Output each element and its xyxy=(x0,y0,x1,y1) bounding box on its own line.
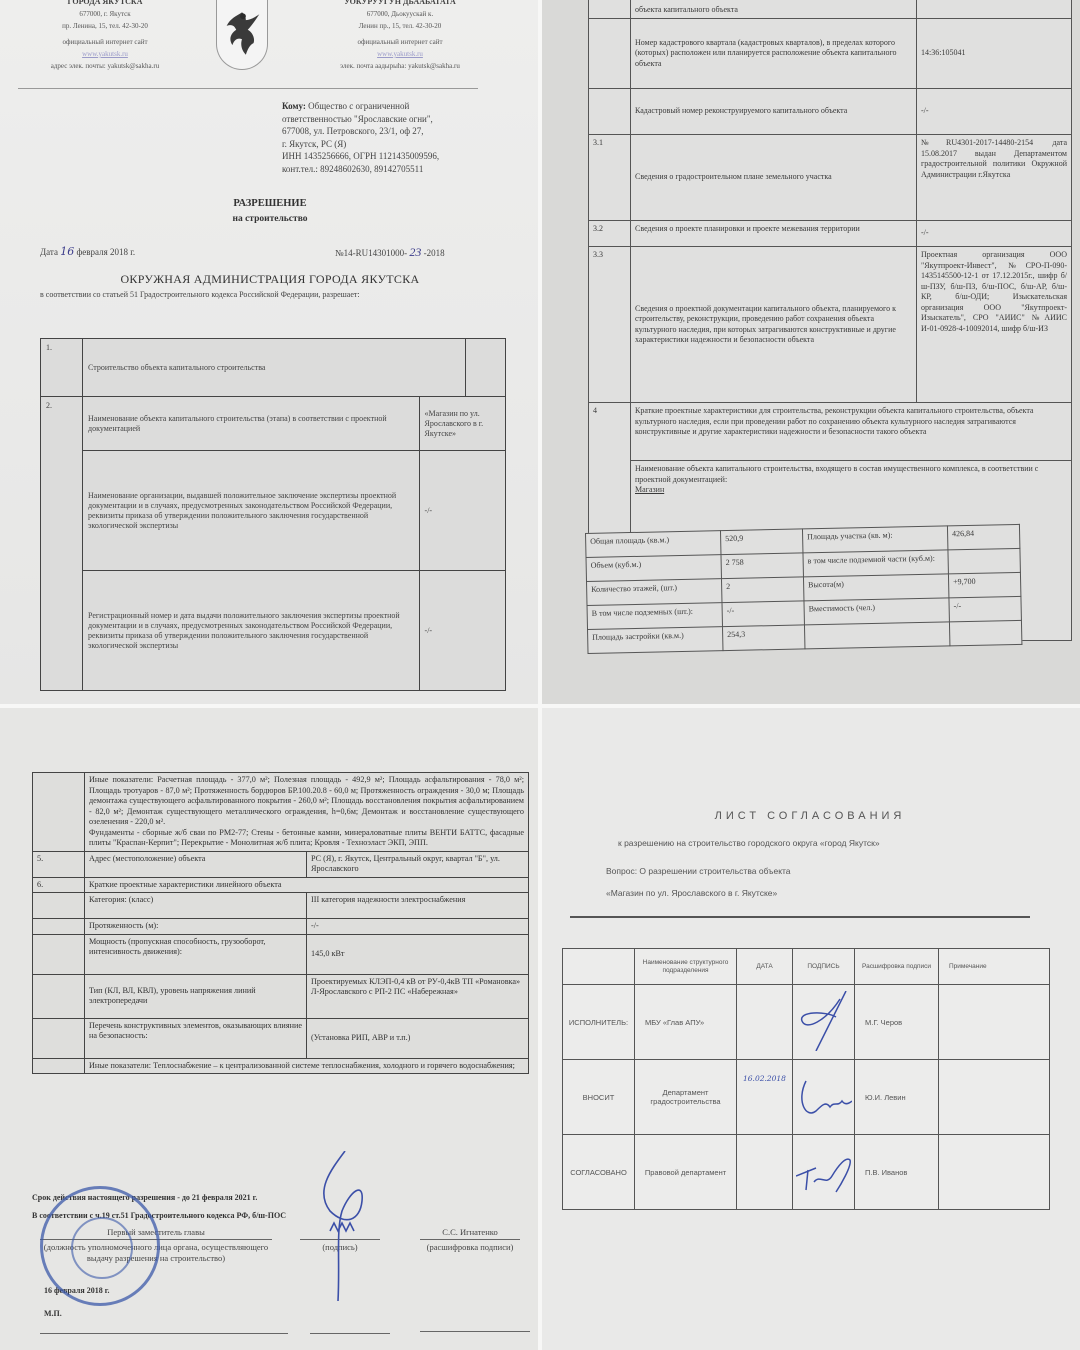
row-number xyxy=(33,893,85,919)
permit-page-1: ГОРОДА ЯКУТСКА 677000, г. Якутск пр. Лен… xyxy=(0,0,540,706)
approval-role: СОГЛАСОВАНО xyxy=(563,1135,635,1210)
row-number xyxy=(589,0,631,19)
signature-icon xyxy=(796,991,852,1051)
row-value: -/- xyxy=(917,221,1072,247)
document-title: РАЗРЕШЕНИЕ xyxy=(0,198,540,209)
recipient-line: г. Якутск, РС (Я) xyxy=(282,138,497,151)
header-left: ГОРОДА ЯКУТСКА 677000, г. Якутск пр. Лен… xyxy=(20,0,190,72)
row-value: 145,0 кВт xyxy=(307,934,529,974)
row-number xyxy=(33,773,85,852)
column-header xyxy=(563,949,635,985)
date-rest: февраля 2018 г. xyxy=(76,247,135,257)
row-label: Строительство объекта капитального строи… xyxy=(83,339,466,397)
spec-value xyxy=(949,620,1021,646)
spec-label: Объем (куб.м.) xyxy=(586,555,721,582)
spec-label: в том числе подземной части (куб.м): xyxy=(803,550,948,577)
permit-number: №14-RU14301000- 23 -2018 xyxy=(335,245,445,260)
permit-page-3: Иные показатели: Расчетная площадь - 377… xyxy=(0,706,540,1350)
signature-icon xyxy=(300,1151,390,1311)
row-label: Краткие проектные характеристики линейно… xyxy=(85,877,529,893)
spec-value: +9,700 xyxy=(948,572,1020,598)
recipient-block: Кому: Общество с ограниченной ответствен… xyxy=(282,100,497,175)
recipient-line: Общество с ограниченной xyxy=(308,101,409,111)
bottom-line xyxy=(310,1333,390,1334)
row-label: Сведения о градостроительном плане земел… xyxy=(631,135,917,221)
spec-value: 520,9 xyxy=(720,529,802,555)
row-number xyxy=(33,1058,85,1074)
header-right-org: УОКУРУУГУН ДЬААЬАТАТА xyxy=(315,0,485,8)
spec-value: 426,84 xyxy=(947,524,1019,550)
spec-label: Площадь застройки (кв.м.) xyxy=(588,627,723,654)
signer-caption: (расшифровка подписи) xyxy=(420,1242,520,1253)
official-seal-icon xyxy=(40,1186,160,1306)
table-row: 5. Адрес (местоположение) объекта РС (Я)… xyxy=(33,851,529,877)
signature-icon xyxy=(796,1146,852,1196)
row-number: 3.1 xyxy=(589,135,631,221)
table-row: 1. Строительство объекта капитального ст… xyxy=(41,339,506,397)
spec-label xyxy=(804,622,949,649)
row-label: Сведения о проекте планировки и проекте … xyxy=(631,221,917,247)
number-prefix: №14-RU14301000- xyxy=(335,248,407,258)
header-left-address-2: пр. Ленина, 15, тел. 42-30-20 xyxy=(20,20,190,32)
date-day-handwritten: 16 xyxy=(60,245,74,258)
approval-divider xyxy=(570,916,1030,918)
row-value: -/- xyxy=(917,89,1072,135)
row-number xyxy=(589,89,631,135)
column-header: Примечание xyxy=(939,949,1050,985)
row-value: -/- xyxy=(307,919,529,935)
row-number: 3.3 xyxy=(589,247,631,403)
coat-of-arms-icon xyxy=(216,0,268,70)
approval-note xyxy=(939,1060,1050,1135)
table-row: Наименование организации, выдавшей полож… xyxy=(41,451,506,571)
approval-note xyxy=(939,985,1050,1060)
table-row: ВНОСИТ Департамент градостроительства 16… xyxy=(563,1060,1050,1135)
approval-sheet-subtitle: к разрешению на строительство городского… xyxy=(618,838,880,848)
spec-label: Вместимость (чел.) xyxy=(804,598,949,625)
object-specs-table: Общая площадь (кв.м.) 520,9 Площадь учас… xyxy=(585,524,1022,654)
row-value: 14:36:105041 xyxy=(917,19,1072,89)
column-header: Расшифровка подписи xyxy=(855,949,939,985)
permit-page-2: объекта капитального объекта Номер кадас… xyxy=(540,0,1080,706)
table-row: Категория: (класс) III категория надежно… xyxy=(33,893,529,919)
column-header: Наименование структурного подразделения xyxy=(635,949,737,985)
row-label: объекта капитального объекта xyxy=(631,0,917,19)
row-label: Наименование объекта капитального строит… xyxy=(83,397,420,451)
table-row: 4 Краткие проектные характеристики для с… xyxy=(589,403,1072,461)
bottom-line xyxy=(40,1333,288,1334)
approval-role: ИСПОЛНИТЕЛЬ: xyxy=(563,985,635,1060)
spec-label: Площадь участка (кв. м): xyxy=(802,526,947,553)
table-row: 3.2 Сведения о проекте планировки и прое… xyxy=(589,221,1072,247)
header-left-site-link[interactable]: www.yakutsk.ru xyxy=(20,48,190,60)
legal-basis: в соответствии со статьей 51 Градостроит… xyxy=(40,290,470,300)
row-value xyxy=(466,339,506,397)
approval-note xyxy=(939,1135,1050,1210)
approval-sheet-title: ЛИСТ СОГЛАСОВАНИЯ xyxy=(540,810,1080,822)
row-number: 5. xyxy=(33,851,85,877)
table-header-row: Наименование структурного подразделения … xyxy=(563,949,1050,985)
construction-details: Фундаменты - сборные ж/б сваи по РМ2-77;… xyxy=(89,828,524,849)
header-right-site-label: официальный интернет сайт xyxy=(315,36,485,48)
approval-role: ВНОСИТ xyxy=(563,1060,635,1135)
spec-value: 2 xyxy=(721,577,803,603)
number-handwritten: 23 xyxy=(409,245,421,259)
row-label: Сведения о проектной документации капита… xyxy=(631,247,917,403)
row-number: 2. xyxy=(41,397,83,691)
row-number xyxy=(33,919,85,935)
row-label: Протяженность (м): xyxy=(85,919,307,935)
permit-table-part-3: Иные показатели: Расчетная площадь - 377… xyxy=(32,772,529,1074)
row-label: Кадастровый номер реконструируемого капи… xyxy=(631,89,917,135)
row-number xyxy=(33,1018,85,1058)
row-value: РС (Я), г. Якутск, Центральный округ, кв… xyxy=(307,851,529,877)
approval-signer: П.В. Иванов xyxy=(855,1135,939,1210)
issuing-authority: ОКРУЖНАЯ АДМИНИСТРАЦИЯ ГОРОДА ЯКУТСКА xyxy=(0,272,540,287)
number-suffix: -2018 xyxy=(424,248,445,258)
table-row: СОГЛАСОВАНО Правовой департамент П.В. Ив… xyxy=(563,1135,1050,1210)
row-label: Перечень конструктивных элементов, оказы… xyxy=(85,1018,307,1058)
table-row: ИСПОЛНИТЕЛЬ: МБУ «Глав АПУ» М.Г. Черов xyxy=(563,985,1050,1060)
table-row: 3.1 Сведения о градостроительном плане з… xyxy=(589,135,1072,221)
signer-name: С.С. Игнатенко xyxy=(420,1227,520,1238)
spec-label: Общая площадь (кв.м.) xyxy=(586,531,721,558)
bottom-line xyxy=(420,1331,530,1332)
row-label: Адрес (местоположение) объекта xyxy=(85,851,307,877)
approval-signature-cell xyxy=(793,985,855,1060)
spec-label: Количество этажей, (шт.) xyxy=(587,579,722,606)
row-number: 6. xyxy=(33,877,85,893)
other-linear-indicators: Иные показатели: Теплоснабжение – к цент… xyxy=(85,1058,529,1074)
row-number: 1. xyxy=(41,339,83,397)
table-row: 2. Наименование объекта капитального стр… xyxy=(41,397,506,451)
column-header: ПОДПИСЬ xyxy=(793,949,855,985)
row-label: Тип (КЛ, ВЛ, КВЛ), уровень напряжения ли… xyxy=(85,974,307,1018)
row-number: 3.2 xyxy=(589,221,631,247)
spec-value: 254,3 xyxy=(722,625,804,651)
row-number xyxy=(33,974,85,1018)
approval-department: МБУ «Глав АПУ» xyxy=(635,985,737,1060)
recipient-label: Кому: xyxy=(282,101,306,111)
spec-label: В том числе подземных (шт.): xyxy=(587,603,722,630)
row-value: Проектируемых КЛЭП-0,4 кВ от РУ-0,4кВ ТП… xyxy=(307,974,529,1018)
table-row: Протяженность (м): -/- xyxy=(33,919,529,935)
object-name: Магазин xyxy=(635,485,1067,496)
approval-date xyxy=(737,1135,793,1210)
row-value: «Магазин по ул. Ярославского в г. Якутск… xyxy=(419,397,505,451)
row-value: -/- xyxy=(419,571,505,691)
row-number xyxy=(33,934,85,974)
approval-sheet-page: ЛИСТ СОГЛАСОВАНИЯ к разрешению на строит… xyxy=(540,706,1080,1350)
row-value: №RU4301-2017-14480-2154 дата 15.08.2017 … xyxy=(917,135,1072,221)
approval-date xyxy=(737,985,793,1060)
table-row: Номер кадастрового квартала (кадастровых… xyxy=(589,19,1072,89)
collage-divider-vertical xyxy=(538,0,542,1350)
header-left-site-label: официальный интернет сайт xyxy=(20,36,190,48)
column-header: ДАТА xyxy=(737,949,793,985)
row-label: Регистрационный номер и дата выдачи поло… xyxy=(83,571,420,691)
spec-value: -/- xyxy=(949,596,1021,622)
row-value: III категория надежности электроснабжени… xyxy=(307,893,529,919)
header-right-site-link[interactable]: www.yakutsk.ru xyxy=(315,48,485,60)
signer-line xyxy=(420,1239,520,1240)
table-row: Кадастровый номер реконструируемого капи… xyxy=(589,89,1072,135)
row-value xyxy=(917,0,1072,19)
header-right-email: элек. почта аадырыhа: yakutsk@sakha.ru xyxy=(315,60,485,72)
table-row: Регистрационный номер и дата выдачи поло… xyxy=(41,571,506,691)
row-label: Номер кадастрового квартала (кадастровых… xyxy=(631,19,917,89)
header-left-email: адрес элек. почты: yakutsk@sakha.ru xyxy=(20,60,190,72)
document-subtitle: на строительство xyxy=(0,214,540,224)
row-label: Категория: (класс) xyxy=(85,893,307,919)
header-right: УОКУРУУГУН ДЬААЬАТАТА 677000, Дьокуускай… xyxy=(315,0,485,72)
table-row: 6. Краткие проектные характеристики лине… xyxy=(33,877,529,893)
spec-value xyxy=(948,548,1020,574)
permit-date: Дата 16 февраля 2018 г. xyxy=(40,245,135,258)
table-row: объекта капитального объекта xyxy=(589,0,1072,19)
spec-value: -/- xyxy=(722,601,804,627)
recipient-line: ответственностью "Ярославские огни", xyxy=(282,113,497,126)
approval-signature-cell xyxy=(793,1135,855,1210)
header-left-org: ГОРОДА ЯКУТСКА xyxy=(20,0,190,8)
spec-label: Высота(м) xyxy=(803,574,948,601)
other-indicators: Иные показатели: Расчетная площадь - 377… xyxy=(89,775,524,828)
row-value: Проектная организация ООО "Якутпроект-Ин… xyxy=(917,247,1072,403)
header-right-address-2: Ленин пр., 15, тел. 42-30-20 xyxy=(315,20,485,32)
header-divider xyxy=(18,88,478,89)
row-label: Краткие проектные характеристики для стр… xyxy=(631,403,1072,461)
table-row: Перечень конструктивных элементов, оказы… xyxy=(33,1018,529,1058)
table-row: 3.3 Сведения о проектной документации ка… xyxy=(589,247,1072,403)
header-right-address-1: 677000, Дьокуускай к. xyxy=(315,8,485,20)
permit-table-part-1: 1. Строительство объекта капитального ст… xyxy=(40,338,506,691)
header-left-address-1: 677000, г. Якутск xyxy=(20,8,190,20)
spec-value: 2 758 xyxy=(721,553,803,579)
row-label: Наименование организации, выдавшей полож… xyxy=(83,451,420,571)
seal-mark: М.П. xyxy=(44,1309,62,1318)
recipient-line: конт.тел.: 89248602630, 89142705511 xyxy=(282,163,497,176)
approval-table: Наименование структурного подразделения … xyxy=(562,948,1050,1210)
approval-object: «Магазин по ул. Ярославского в г. Якутск… xyxy=(606,888,777,898)
approval-signer: М.Г. Черов xyxy=(855,985,939,1060)
permit-document-collage: ГОРОДА ЯКУТСКА 677000, г. Якутск пр. Лен… xyxy=(0,0,1080,1350)
row-number xyxy=(589,19,631,89)
table-row: Мощность (пропускная способность, грузоо… xyxy=(33,934,529,974)
row-label: Мощность (пропускная способность, грузоо… xyxy=(85,934,307,974)
row-value: -/- xyxy=(419,451,505,571)
approval-question: Вопрос: О разрешении строительства объек… xyxy=(606,866,791,876)
approval-department: Департамент градостроительства xyxy=(635,1060,737,1135)
row-value: (Установка РИП, АВР и т.п.) xyxy=(307,1018,529,1058)
approval-signature-cell xyxy=(793,1060,855,1135)
signature-icon xyxy=(796,1071,852,1121)
approval-department: Правовой департамент xyxy=(635,1135,737,1210)
date-prefix: Дата xyxy=(40,247,58,257)
table-row: Тип (КЛ, ВЛ, КВЛ), уровень напряжения ли… xyxy=(33,974,529,1018)
table-row: Иные показатели: Расчетная площадь - 377… xyxy=(33,773,529,852)
object-name-label: Наименование объекта капитального строит… xyxy=(635,464,1067,485)
recipient-line: 677008, ул. Петровского, 23/1, оф 27, xyxy=(282,125,497,138)
approval-signer: Ю.И. Левин xyxy=(855,1060,939,1135)
approval-date-handwritten: 16.02.2018 xyxy=(737,1060,793,1135)
collage-divider-horizontal xyxy=(0,704,1080,708)
table-row: Иные показатели: Теплоснабжение – к цент… xyxy=(33,1058,529,1074)
recipient-line: ИНН 1435256666, ОГРН 1121435009596, xyxy=(282,150,497,163)
